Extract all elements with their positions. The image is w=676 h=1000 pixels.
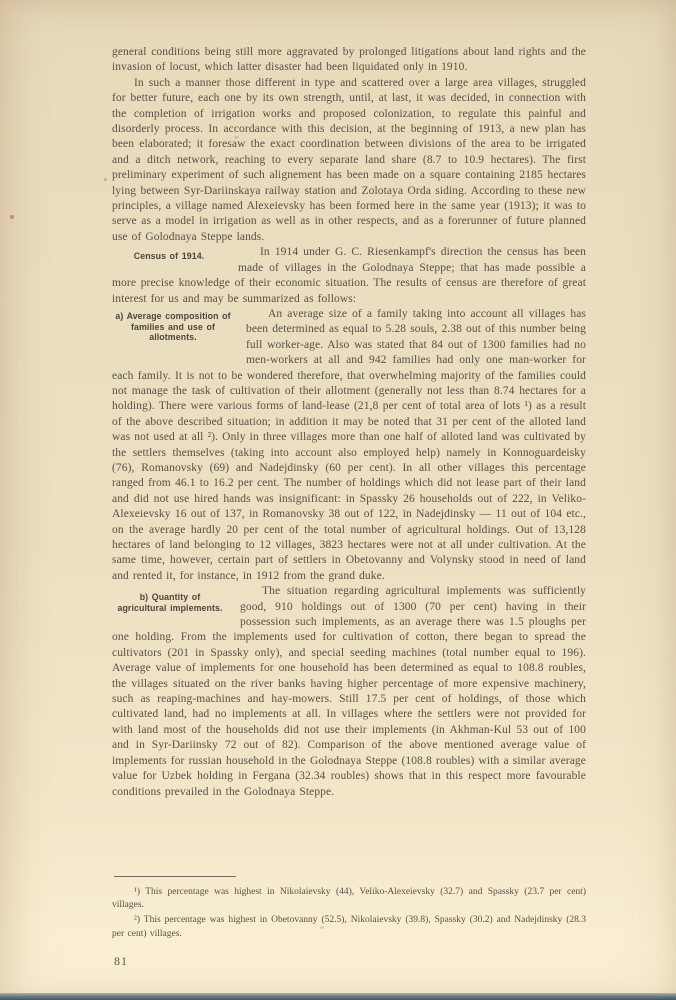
- paragraph-census: Census of 1914.In 1914 under G. C. Riese…: [112, 245, 586, 307]
- margin-note-quantity-implements: b) Quantity of agricultural implements.: [112, 584, 240, 630]
- margin-note-average-composition: a) Average composition of families and u…: [112, 307, 246, 354]
- paper-speck: [234, 136, 239, 139]
- footnote-1: ¹) This percentage was highest in Nikola…: [112, 886, 586, 912]
- footnote-2: ²) This percentage was highest in Obetov…: [112, 914, 586, 940]
- page-number: 81: [114, 954, 128, 969]
- paper-speck: [320, 926, 324, 929]
- paper-speck: [10, 215, 14, 219]
- scan-bottom-edge: [0, 993, 676, 1000]
- margin-note-census-of-1914: Census of 1914.: [112, 245, 238, 275]
- paragraph-family-composition: a) Average composition of families and u…: [112, 307, 586, 584]
- footnote-divider-rule: [114, 876, 236, 877]
- body-text-column: general conditions being still more aggr…: [112, 45, 586, 877]
- paper-speck: [104, 178, 107, 181]
- paragraph-new-plan: In such a manner those different in type…: [112, 76, 586, 245]
- paragraph-continuation: general conditions being still more aggr…: [112, 45, 586, 76]
- paragraph-implements: b) Quantity of agricultural implements.T…: [112, 584, 586, 800]
- scanned-book-page: general conditions being still more aggr…: [0, 0, 676, 1000]
- footnote-block: ¹) This percentage was highest in Nikola…: [112, 876, 586, 943]
